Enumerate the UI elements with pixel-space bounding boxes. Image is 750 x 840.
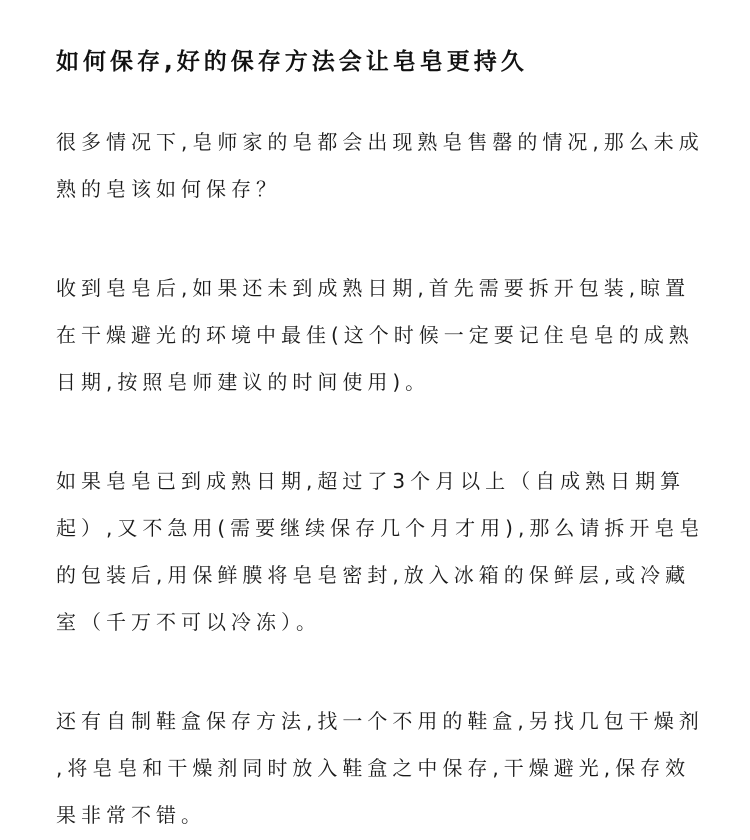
text-line: 熟的皂该如何保存？ [56,166,706,213]
text-line: 还有自制鞋盒保存方法,找一个不用的鞋盒,另找几包干燥剂 [56,698,706,745]
text-line: 收到皂皂后,如果还未到成熟日期,首先需要拆开包装,晾置 [56,265,706,312]
text-line: 的包装后,用保鲜膜将皂皂密封,放入冰箱的保鲜层,或冷藏 [56,552,706,599]
text-line: 起）,又不急用(需要继续保存几个月才用),那么请拆开皂皂 [56,505,706,552]
article: 如何保存,好的保存方法会让皂皂更持久 很多情况下,皂师家的皂都会出现熟皂售罄的情… [56,0,706,839]
article-title: 如何保存,好的保存方法会让皂皂更持久 [56,39,706,86]
text-line: 室（千万不可以冷冻）。 [56,599,706,646]
paragraph: 很多情况下,皂师家的皂都会出现熟皂售罄的情况,那么未成 熟的皂该如何保存？ [56,119,706,213]
text-line: 果非常不错。 [56,792,706,839]
text-line: 如果皂皂已到成熟日期,超过了3个月以上（自成熟日期算 [56,458,706,505]
paragraph: 还有自制鞋盒保存方法,找一个不用的鞋盒,另找几包干燥剂 ,将皂皂和干燥剂同时放入… [56,698,706,839]
paragraph: 如果皂皂已到成熟日期,超过了3个月以上（自成熟日期算 起）,又不急用(需要继续保… [56,458,706,646]
paragraph: 收到皂皂后,如果还未到成熟日期,首先需要拆开包装,晾置 在干燥避光的环境中最佳(… [56,265,706,406]
text-line: 日期,按照皂师建议的时间使用)。 [56,359,706,406]
text-line: 很多情况下,皂师家的皂都会出现熟皂售罄的情况,那么未成 [56,119,706,166]
text-line: ,将皂皂和干燥剂同时放入鞋盒之中保存,干燥避光,保存效 [56,745,706,792]
text-line: 在干燥避光的环境中最佳(这个时候一定要记住皂皂的成熟 [56,312,706,359]
